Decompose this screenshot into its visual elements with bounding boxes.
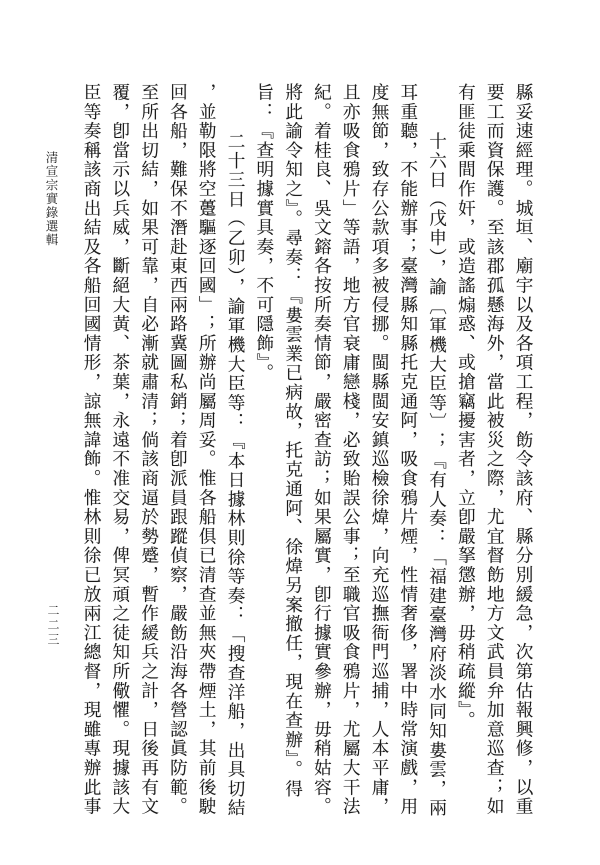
text-column: ，並勒限將空躉驅逐回國」；所辦尚屬周妥。惟各船俱已清查並無夾帶煙土，其前後駛 — [192, 83, 221, 831]
text-column: 覆，卽當示以兵威，斷絕大黃、茶葉，永遠不准交易，俾冥頑之徒知所儆懼。現據該大 — [106, 83, 135, 831]
page-number: 二二三 — [45, 604, 62, 648]
book-title: 清宣宗實錄選輯 — [42, 151, 60, 247]
text-column-entry-16th: 十六日（戊申），諭〔軍機大臣等〕；『有人奏：「福建臺灣府淡水同知婁雲，兩 — [423, 83, 452, 831]
text-column: 有匪徒乘間作奸，或造謠煽惑、或搶竊擾害者，立卽嚴拏懲辦，毋稍疏縱』。 — [452, 83, 481, 831]
text-column: 紀。着桂良、吳文鎔各按所奏情節，嚴密查訪；如果屬實，卽行據實參辦，毋稍姑容。 — [308, 83, 337, 831]
scanned-book-page: 清宣宗實錄選輯 縣妥速經理。城垣、廟宇以及各項工程，飭令該府、縣分別緩急，次第估… — [0, 0, 600, 865]
text-column: 度無節，致存公款項多被侵挪。閩縣閩安鎮巡檢徐煒，向充巡撫衙門巡捕，人本平庸， — [365, 83, 394, 831]
text-column: 至所出切結，如果可靠，自必漸就肅清；倘該商逼於勢蹙，暫作緩兵之計，日後再有文 — [135, 83, 164, 831]
page-text-block: 縣妥速經理。城垣、廟宇以及各項工程，飭令該府、縣分別緩急，次第估報興修，以重 要… — [77, 83, 538, 831]
text-column: 耳重聽，不能辦事；臺灣縣知縣托克通阿，吸食鴉片煙，性情奢侈，署中時常演戲，用 — [394, 83, 423, 831]
text-column: 回各船，難保不潛赴東西兩路冀圖私銷；着卽派員跟蹤偵察，嚴飭沿海各營認眞防範。 — [164, 83, 193, 831]
text-column: 縣妥速經理。城垣、廟宇以及各項工程，飭令該府、縣分別緩急，次第估報興修，以重 — [509, 83, 538, 831]
text-column-entry-23rd: 二十三日（乙卯），諭軍機大臣等：『本日據林則徐等奏：「搜查洋船，出具切結 — [221, 83, 250, 831]
text-column: 且亦吸食鴉片」等語，地方官衰庸戀棧，必致貽誤公事；至職官吸食鴉片，尤屬大干法 — [336, 83, 365, 831]
text-column: 將此諭令知之』。尋奏：『婁雲業已病故，托克通阿、徐煒另案撤任，現在查辦』。得 — [279, 83, 308, 831]
text-column: 旨：『查明據實具奏，不可隱飾』。 — [250, 83, 279, 831]
text-column: 要工而資保護。至該郡孤懸海外，當此被災之際，尤宜督飭地方文武員弁加意巡查；如 — [480, 83, 509, 831]
text-column: 臣等奏稱該商出結及各船回國情形，諒無諱飾。惟林則徐已放兩江總督，現雖專辦此事 — [77, 83, 106, 831]
